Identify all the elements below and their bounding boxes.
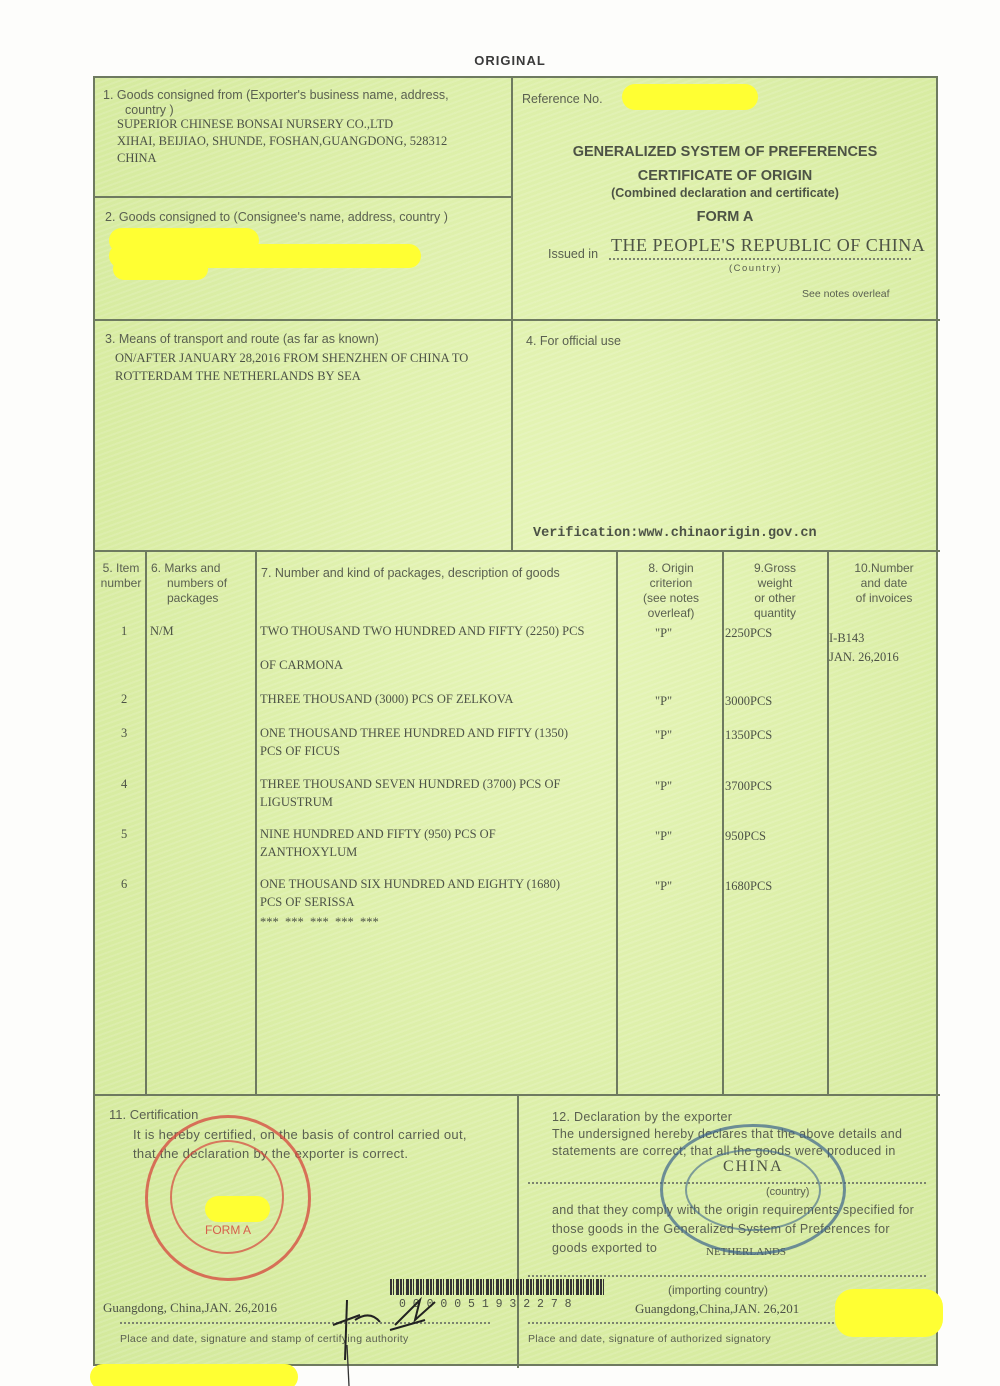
- form-a-title: FORM A: [515, 209, 935, 225]
- item-number: 4: [121, 776, 127, 793]
- invoice-header: and date: [830, 576, 938, 591]
- item-header: number: [96, 576, 146, 591]
- divider: [255, 550, 257, 1095]
- verification-url[interactable]: Verification:www.chinaorigin.gov.cn: [533, 525, 817, 542]
- certificate-subtitle: (Combined declaration and certificate): [515, 186, 935, 200]
- gross-quantity: 2250PCS: [725, 625, 772, 642]
- gross-quantity: 950PCS: [725, 828, 766, 845]
- goods-description: TWO THOUSAND TWO HUNDRED AND FIFTY (2250…: [260, 623, 584, 640]
- origin-header: overleaf): [626, 606, 716, 621]
- transport-line-1: ON/AFTER JANUARY 28,2016 FROM SHENZHEN O…: [115, 350, 468, 367]
- stamp-center-text: FORM A: [148, 1223, 308, 1237]
- weight-header: quantity: [725, 606, 825, 621]
- weight-header: 9.Gross: [725, 561, 825, 576]
- origin-criterion: "P": [655, 693, 672, 710]
- item-header: 5. Item: [96, 561, 146, 576]
- goods-description: ONE THOUSAND THREE HUNDRED AND FIFTY (13…: [260, 725, 568, 742]
- signature: [325, 1290, 455, 1386]
- item-number: 5: [121, 826, 127, 843]
- invoice-header: 10.Number: [830, 561, 938, 576]
- gross-quantity: 3000PCS: [725, 693, 772, 710]
- origin-criterion: "P": [655, 625, 672, 642]
- end-marker: *** *** *** *** ***: [260, 914, 379, 931]
- item-number: 3: [121, 725, 127, 742]
- divider: [145, 550, 147, 1095]
- weight-header: or other: [725, 591, 825, 606]
- goods-description-cont: PCS OF SERISSA: [260, 894, 355, 911]
- item-number: 1: [121, 623, 127, 640]
- goods-description-cont: PCS OF FICUS: [260, 743, 340, 760]
- origin-header: 8. Origin: [626, 561, 716, 576]
- origin-criterion: "P": [655, 778, 672, 795]
- goods-description-cont: LIGUSTRUM: [260, 794, 333, 811]
- invoice-header: of invoices: [830, 591, 938, 606]
- certifier-place-date: Guangdong, China,JAN. 26,2016: [103, 1299, 277, 1316]
- divider: [95, 319, 940, 321]
- box3-label: 3. Means of transport and route (as far …: [105, 331, 379, 347]
- divider: [511, 78, 513, 550]
- origin-criterion: "P": [655, 727, 672, 744]
- goods-description: THREE THOUSAND SEVEN HUNDRED (3700) PCS …: [260, 776, 560, 793]
- issued-in-label: Issued in: [548, 246, 598, 262]
- divider: [517, 1094, 519, 1368]
- item-number: 2: [121, 691, 127, 708]
- marks-header: packages: [151, 591, 253, 606]
- declaration-text-5: goods exported to: [552, 1240, 657, 1256]
- divider: [616, 550, 618, 1095]
- signatory-caption: Place and date, signature of authorized …: [528, 1331, 771, 1347]
- country-caption: (Country): [729, 261, 782, 277]
- transport-line-2: ROTTERDAM THE NETHERLANDS BY SEA: [115, 368, 361, 385]
- importing-country-caption: (importing country): [668, 1282, 768, 1298]
- exporter-stamp: [660, 1124, 846, 1255]
- consignee-redaction: [113, 258, 208, 280]
- certificate-title: CERTIFICATE OF ORIGIN: [515, 168, 935, 184]
- exporter-country: CHINA: [117, 150, 157, 167]
- goods-description: THREE THOUSAND (3000) PCS OF ZELKOVA: [260, 691, 513, 708]
- box4-label: 4. For official use: [526, 333, 621, 349]
- weight-header: weight: [725, 576, 825, 591]
- notes-overleaf: See notes overleaf: [802, 286, 890, 302]
- invoice-date: JAN. 26,2016: [829, 649, 899, 666]
- marks-header: numbers of: [151, 576, 253, 591]
- certificate-form: 1. Goods consigned from (Exporter's busi…: [93, 76, 938, 1366]
- reference-label: Reference No.: [522, 91, 603, 107]
- marks-value: N/M: [150, 623, 174, 640]
- goods-description-cont: OF CARMONA: [260, 657, 343, 674]
- goods-description: NINE HUNDRED AND FIFTY (950) PCS OF: [260, 826, 496, 843]
- gross-quantity: 3700PCS: [725, 778, 772, 795]
- exporter-address: XIHAI, BEIJIAO, SHUNDE, FOSHAN,GUANGDONG…: [117, 133, 447, 150]
- gross-quantity: 1680PCS: [725, 878, 772, 895]
- footer-redaction: [90, 1364, 298, 1386]
- gsp-title: GENERALIZED SYSTEM OF PREFERENCES: [515, 144, 935, 160]
- item-number: 6: [121, 876, 127, 893]
- box11-label: 11. Certification: [109, 1107, 198, 1123]
- original-copy-label: ORIGINAL: [0, 53, 1000, 68]
- stamp-redaction: [205, 1196, 270, 1222]
- box1-label: 1. Goods consigned from (Exporter's busi…: [103, 87, 449, 103]
- goods-description-cont: ZANTHOXYLUM: [260, 844, 357, 861]
- gross-quantity: 1350PCS: [725, 727, 772, 744]
- issued-in-country: THE PEOPLE'S REPUBLIC OF CHINA: [611, 235, 925, 256]
- divider: [722, 550, 724, 1095]
- marks-header: 6. Marks and: [151, 561, 253, 576]
- divider: [95, 550, 940, 552]
- description-header: 7. Number and kind of packages, descript…: [261, 565, 560, 581]
- divider: [95, 196, 512, 198]
- origin-header: criterion: [626, 576, 716, 591]
- reference-redaction: [622, 84, 758, 110]
- invoice-number: I-B143: [829, 630, 864, 647]
- origin-criterion: "P": [655, 878, 672, 895]
- exporter-name: SUPERIOR CHINESE BONSAI NURSERY CO.,LTD: [117, 116, 393, 133]
- signatory-redaction: [835, 1289, 943, 1337]
- origin-header: (see notes: [626, 591, 716, 606]
- origin-criterion: "P": [655, 828, 672, 845]
- box2-label: 2. Goods consigned to (Consignee's name,…: [105, 209, 448, 225]
- box12-label: 12. Declaration by the exporter: [552, 1109, 732, 1125]
- goods-description: ONE THOUSAND SIX HUNDRED AND EIGHTY (168…: [260, 876, 560, 893]
- exporter-place-date: Guangdong,China,JAN. 26,201: [635, 1300, 799, 1317]
